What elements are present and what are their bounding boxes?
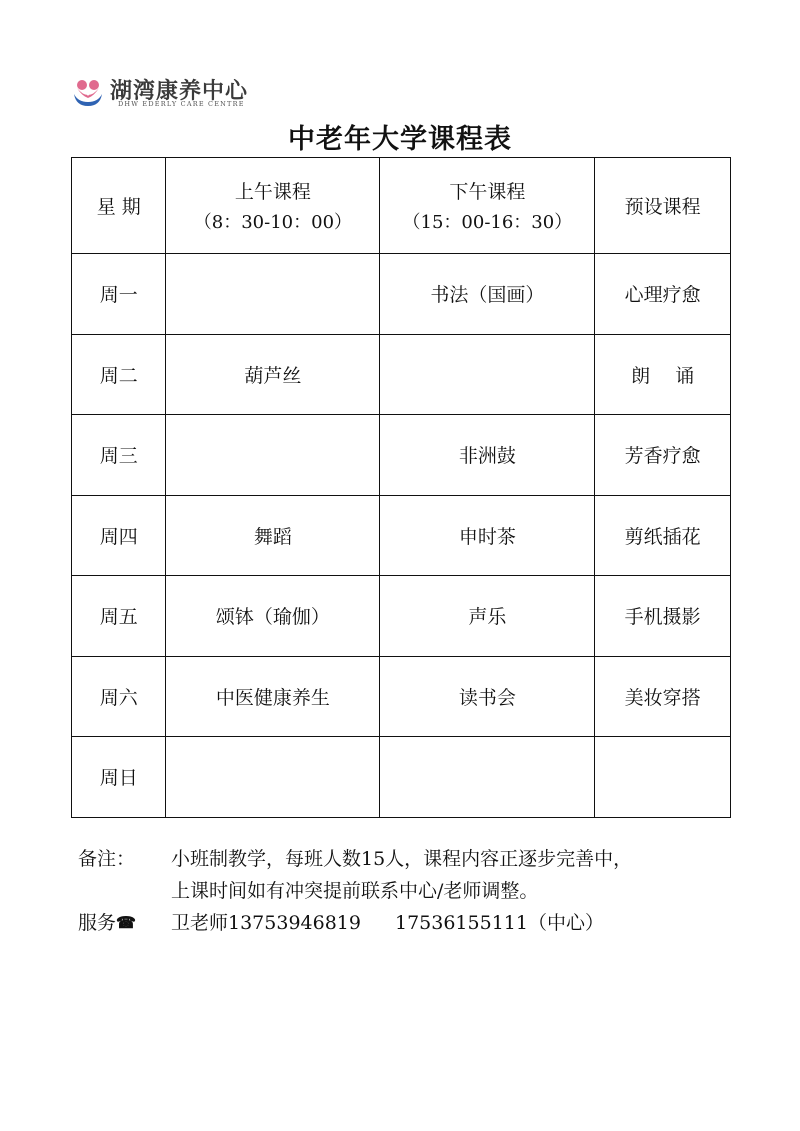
phone-icon: ☎ <box>116 907 136 939</box>
cell-afternoon: 书法（国画） <box>380 254 595 335</box>
table-row: 周日 <box>72 737 731 818</box>
remark-label: 备注： <box>78 843 168 875</box>
header-afternoon: 下午课程 （15：00-16：30） <box>380 158 595 254</box>
cell-preset: 芳香疗愈 <box>595 415 731 496</box>
header-morning: 上午课程 （8：30-10：00） <box>166 158 380 254</box>
cell-preset: 心理疗愈 <box>595 254 731 335</box>
header-morning-label: 上午课程 <box>235 181 311 203</box>
cell-afternoon: 申时茶 <box>380 495 595 576</box>
contact-teacher: 卫老师13753946819 <box>171 912 361 934</box>
cell-morning: 舞蹈 <box>166 495 380 576</box>
table-row: 周二 葫芦丝 朗 诵 <box>72 334 731 415</box>
remark-text-line1: 小班制教学，每班人数15人，课程内容正逐步完善中， <box>171 843 632 875</box>
cell-day: 周二 <box>72 334 166 415</box>
cell-day: 周一 <box>72 254 166 335</box>
table-row: 周一 书法（国画） 心理疗愈 <box>72 254 731 335</box>
cell-day: 周五 <box>72 576 166 657</box>
cell-preset <box>595 737 731 818</box>
cell-morning <box>166 415 380 496</box>
remark-text-line2: 上课时间如有冲突提前联系中心/老师调整。 <box>171 875 538 907</box>
cell-afternoon: 声乐 <box>380 576 595 657</box>
header-preset: 预设课程 <box>595 158 731 254</box>
header-day: 星 期 <box>72 158 166 254</box>
cell-morning: 中医健康养生 <box>166 656 380 737</box>
header-morning-time: （8：30-10：00） <box>166 208 379 234</box>
cell-afternoon: 读书会 <box>380 656 595 737</box>
cell-preset: 美妆穿搭 <box>595 656 731 737</box>
table-row: 周六 中医健康养生 读书会 美妆穿搭 <box>72 656 731 737</box>
cell-preset: 手机摄影 <box>595 576 731 657</box>
cell-morning: 葫芦丝 <box>166 334 380 415</box>
logo: 湖湾康养中心 DHW EDERLY CARE CENTRE <box>70 72 240 112</box>
service-label-group: 服务☎ <box>78 907 168 939</box>
header-afternoon-label: 下午课程 <box>449 181 525 203</box>
service-label: 服务 <box>78 912 116 934</box>
cell-day: 周三 <box>72 415 166 496</box>
page-title: 中老年大学课程表 <box>0 117 800 156</box>
logo-hands-heart-icon <box>70 76 106 108</box>
table-header-row: 星 期 上午课程 （8：30-10：00） 下午课程 （15：00-16：30）… <box>72 158 731 254</box>
cell-afternoon <box>380 737 595 818</box>
table-row: 周五 颂钵（瑜伽） 声乐 手机摄影 <box>72 576 731 657</box>
cell-morning <box>166 254 380 335</box>
course-schedule-table: 星 期 上午课程 （8：30-10：00） 下午课程 （15：00-16：30）… <box>71 157 731 818</box>
cell-day: 周日 <box>72 737 166 818</box>
cell-day: 周四 <box>72 495 166 576</box>
table-row: 周三 非洲鼓 芳香疗愈 <box>72 415 731 496</box>
contact-center: 17536155111（中心） <box>395 912 604 934</box>
table-row: 周四 舞蹈 申时茶 剪纸插花 <box>72 495 731 576</box>
cell-day: 周六 <box>72 656 166 737</box>
cell-morning: 颂钵（瑜伽） <box>166 576 380 657</box>
service-contacts: 卫老师1375394681917536155111（中心） <box>171 907 604 939</box>
cell-morning <box>166 737 380 818</box>
cell-afternoon: 非洲鼓 <box>380 415 595 496</box>
cell-preset: 朗 诵 <box>595 334 731 415</box>
cell-afternoon <box>380 334 595 415</box>
header-afternoon-time: （15：00-16：30） <box>380 208 594 234</box>
logo-name-en: DHW EDERLY CARE CENTRE <box>118 100 245 108</box>
cell-preset: 剪纸插花 <box>595 495 731 576</box>
